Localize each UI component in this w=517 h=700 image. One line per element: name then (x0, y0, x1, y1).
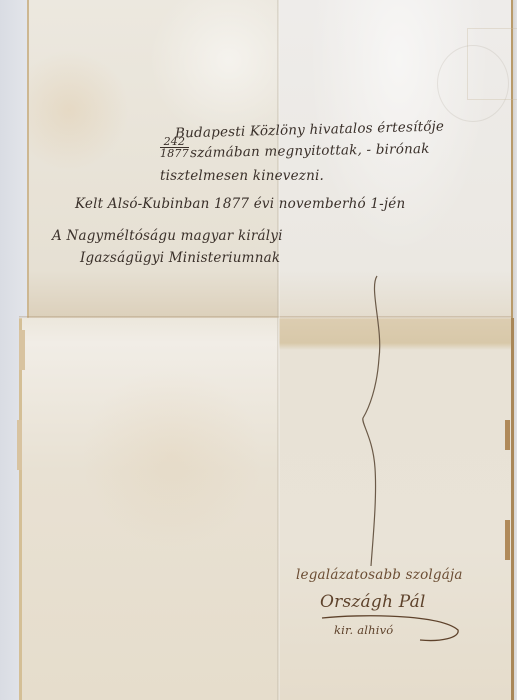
paper-panel-bottom-left (19, 318, 282, 700)
torn-edge (17, 420, 22, 470)
body-line-3: tisztelmesen kinevezni. (160, 168, 324, 184)
issue-number-fraction: 242 1877 (160, 136, 189, 159)
issue-year: 1877 (160, 147, 189, 160)
signature-closing: legalázatosabb szolgája (296, 567, 463, 583)
addressee-line-2: Igazságügyi Ministeriumnak (80, 250, 280, 266)
vertical-fold-crease (277, 0, 280, 700)
pen-stroke-line (355, 268, 385, 568)
document-sheet (27, 0, 511, 700)
date-line: Kelt Alsó-Kubinban 1877 évi novemberhó 1… (75, 196, 405, 212)
horizontal-fold-crease (19, 316, 511, 319)
signature-title: kir. alhivó (334, 623, 393, 637)
addressee-line-1: A Nagyméltóságu magyar királyi (52, 228, 283, 244)
faded-seal-impression (437, 45, 509, 122)
torn-edge (505, 420, 510, 450)
torn-edge (19, 330, 25, 370)
torn-edge (505, 520, 510, 560)
signature-name: Országh Pál (320, 592, 426, 612)
